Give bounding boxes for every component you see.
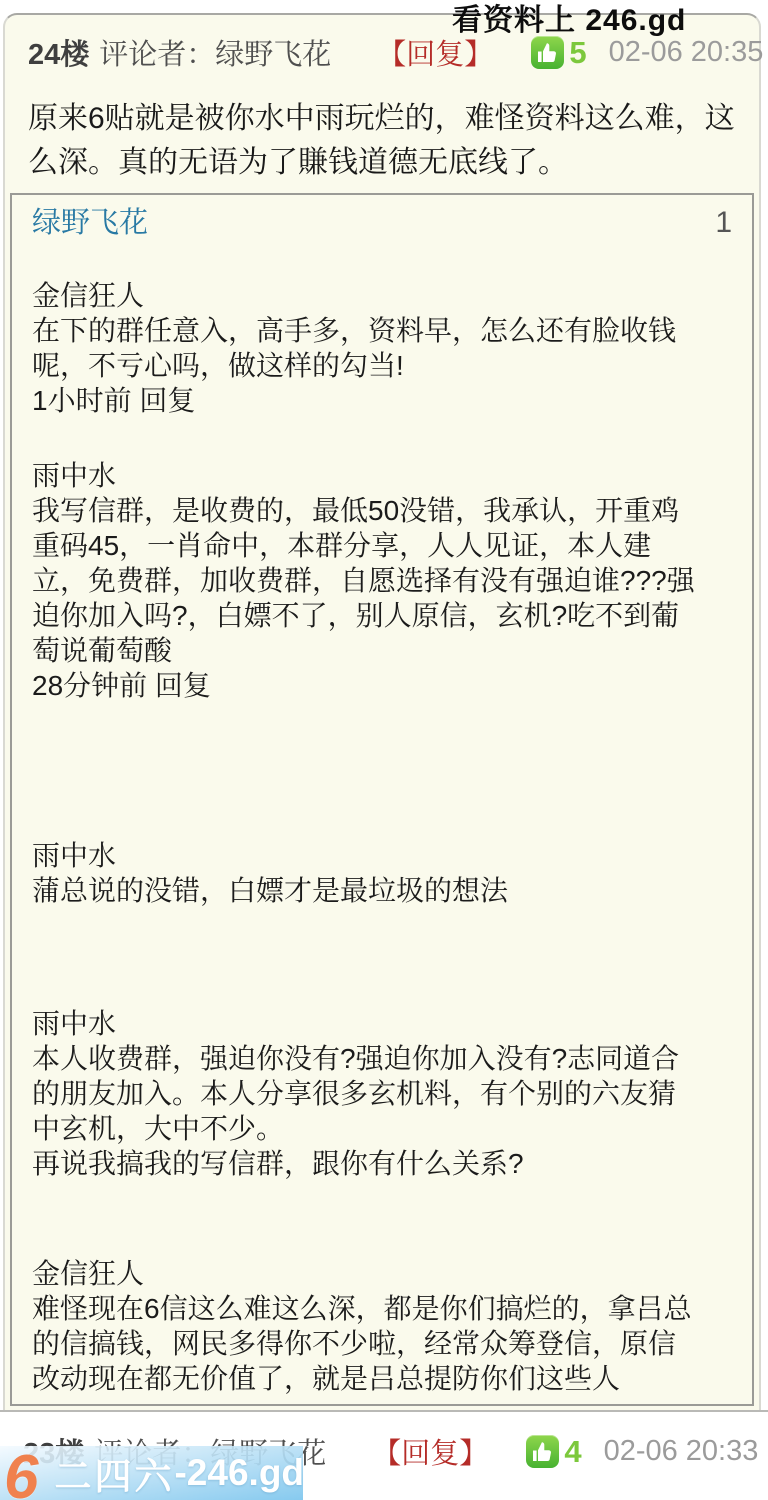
quote-commenter-name: 雨中水 bbox=[32, 838, 732, 873]
thumbs-up-icon[interactable] bbox=[531, 36, 564, 69]
quote-comment-line: 再说我搞我的写信群，跟你有什么关系? bbox=[32, 1146, 732, 1181]
quote-header: 绿野飞花 1 bbox=[32, 205, 732, 241]
quote-commenter-name: 雨中水 bbox=[32, 458, 732, 493]
quote-comment-line: 我写信群，是收费的，最低50没错，我承认，开重鸡 bbox=[32, 493, 732, 528]
quote-comment-meta[interactable]: 28分钟前 回复 bbox=[32, 668, 732, 703]
commenter-name: 绿野飞花 bbox=[215, 32, 331, 73]
like-count[interactable]: 4 bbox=[564, 1434, 581, 1470]
quote-comment-line: 立，免费群，加收费群，自愿选择有没有强迫谁???强 bbox=[32, 563, 732, 598]
quote-comment: 金信狂人 难怪现在6信这么难这么深，都是你们搞烂的，拿吕总 的信搞钱，网民多得你… bbox=[32, 1256, 732, 1396]
quote-comment-line: 改动现在都无价值了，就是吕总提防你们这些人 bbox=[32, 1361, 732, 1396]
quote-commenter-name: 金信狂人 bbox=[32, 278, 732, 313]
comment-body-line: 原来6贴就是被你水中雨玩烂的，难怪资料这么难，这 bbox=[28, 97, 736, 141]
quote-commenter-name: 金信狂人 bbox=[32, 1256, 732, 1291]
quote-comment: 金信狂人 在下的群任意入，高手多，资料早，怎么还有脸收钱 呢，不亏心吗，做这样的… bbox=[32, 278, 732, 418]
quote-comment-line: 在下的群任意入，高手多，资料早，怎么还有脸收钱 bbox=[32, 313, 732, 348]
floor-label: 24楼 bbox=[28, 32, 89, 73]
quote-comment-meta[interactable]: 1小时前 回复 bbox=[32, 383, 732, 418]
site-watermark-top: 看资料上 246.gd bbox=[452, 0, 686, 39]
comment-card-24: 24楼 评论者： 绿野飞花 【回复】 5 02-06 20:35 原来6贴就是被… bbox=[3, 13, 761, 1410]
quote-comment-line: 的信搞钱，网民多得你不少啦，经常众筹登信，原信 bbox=[32, 1326, 732, 1361]
quote-commenter-name: 雨中水 bbox=[32, 1006, 732, 1041]
quoted-thread-block: 绿野飞花 1 金信狂人 在下的群任意入，高手多，资料早，怎么还有脸收钱 呢，不亏… bbox=[10, 193, 754, 1406]
site-logo-six-icon: 6 bbox=[4, 1451, 38, 1500]
quote-comment-line: 呢，不亏心吗，做这样的勾当! bbox=[32, 348, 732, 383]
site-watermark-bottom: 6 二四六 -246.gd bbox=[0, 1446, 303, 1500]
quote-comment: 雨中水 本人收费群，强迫你没有?强迫你加入没有?志同道合 的朋友加入。本人分享很… bbox=[32, 1006, 732, 1181]
quote-comment-line: 迫你加入吗?，白嫖不了，别人原信，玄机?吃不到葡 bbox=[32, 598, 732, 633]
timestamp: 02-06 20:35 bbox=[609, 36, 764, 69]
like-count[interactable]: 5 bbox=[569, 35, 586, 71]
quote-comment-line: 中玄机，大中不少。 bbox=[32, 1111, 732, 1146]
like-control[interactable]: 4 bbox=[526, 1434, 581, 1470]
reply-button[interactable]: 【回复】 bbox=[372, 1431, 488, 1472]
quote-comment-line: 本人收费群，强迫你没有?强迫你加入没有?志同道合 bbox=[32, 1041, 732, 1076]
quote-comment: 雨中水 蒲总说的没错，白嫖才是最垃圾的想法 bbox=[32, 838, 732, 908]
like-control[interactable]: 5 bbox=[531, 35, 586, 71]
site-watermark-domain: -246.gd bbox=[174, 1452, 304, 1494]
quote-comment-line: 萄说葡萄酸 bbox=[32, 633, 732, 668]
quote-author-link[interactable]: 绿野飞花 bbox=[32, 205, 148, 241]
quote-comment-line: 难怪现在6信这么难这么深，都是你们搞烂的，拿吕总 bbox=[32, 1291, 732, 1326]
quote-comment-line: 蒲总说的没错，白嫖才是最垃圾的想法 bbox=[32, 873, 732, 908]
timestamp: 02-06 20:33 bbox=[604, 1435, 759, 1468]
quote-comment-line: 的朋友加入。本人分享很多玄机料，有个别的六友猜 bbox=[32, 1076, 732, 1111]
quote-page-number: 1 bbox=[715, 205, 732, 241]
thumbs-up-icon[interactable] bbox=[526, 1435, 559, 1468]
site-watermark-brand: 二四六 bbox=[54, 1446, 174, 1500]
comment-body-line: 么深。真的无语为了賺钱道德无底线了。 bbox=[28, 141, 736, 185]
commenter-label: 评论者： bbox=[99, 32, 215, 73]
quote-comment: 雨中水 我写信群，是收费的，最低50没错，我承认，开重鸡 重码45，一肖命中，本… bbox=[32, 458, 732, 703]
quote-comment-line: 重码45，一肖命中，本群分享，人人见证，本人建 bbox=[32, 528, 732, 563]
comment-body: 原来6贴就是被你水中雨玩烂的，难怪资料这么难，这 么深。真的无语为了賺钱道德无底… bbox=[5, 97, 759, 185]
comment-divider bbox=[0, 1410, 768, 1412]
